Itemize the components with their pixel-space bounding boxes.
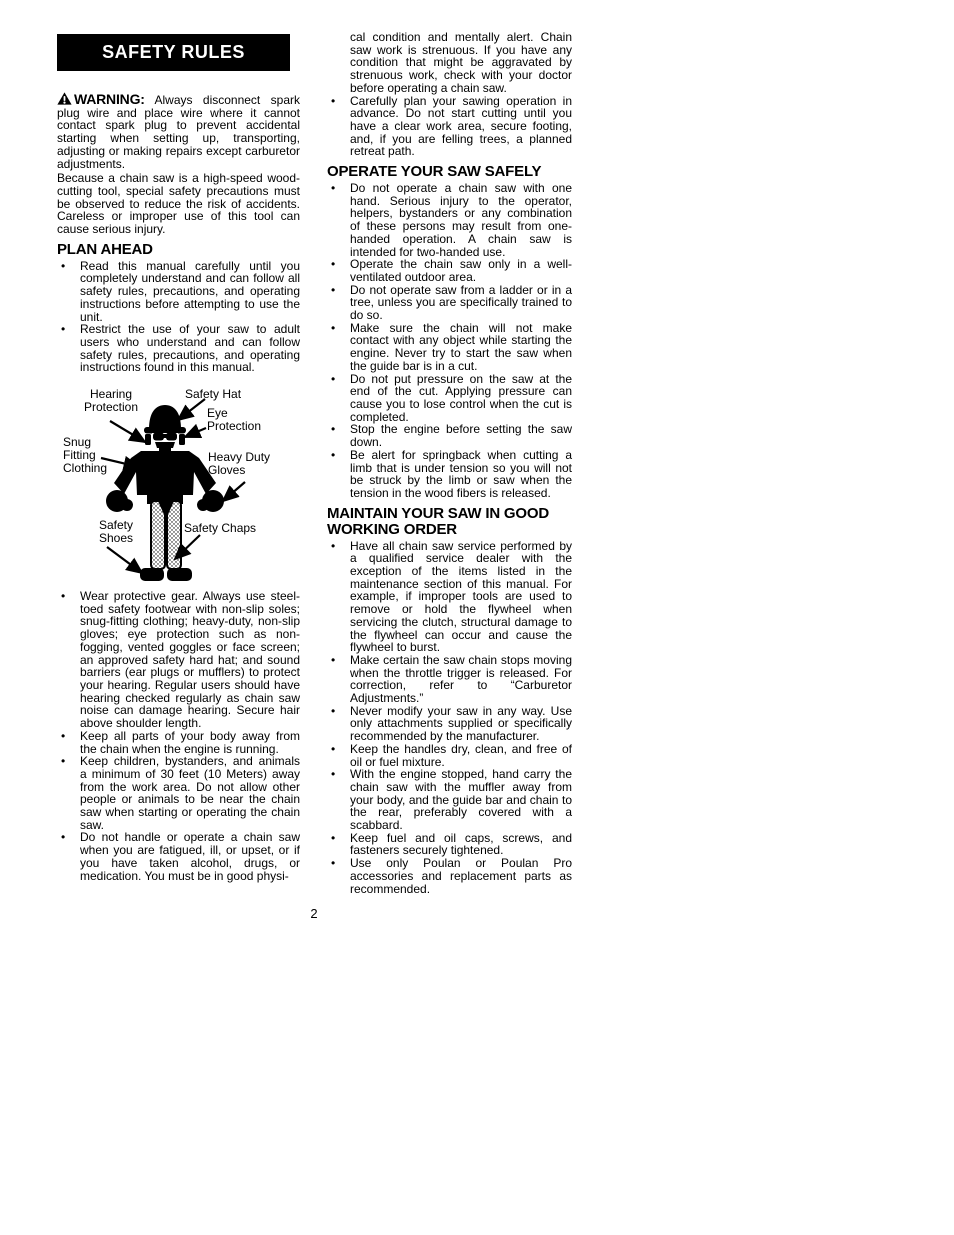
figure-label-safety-chaps: Safety Chaps [184,522,256,535]
intro-paragraph: Because a chain saw is a high-speed wood… [57,172,300,236]
plan-ahead-list: Read this manual carefully until you com… [57,260,300,374]
bullet-item: Wear protective gear. Always use steel-t… [57,590,300,730]
bullet-item: Do not operate a chain saw with one hand… [327,182,572,258]
bullet-item: Do not put pressure on the saw at the en… [327,373,572,424]
safety-gear-figure: Hearing Protection Safety Hat Eye Protec… [57,387,300,587]
operate-list: Do not operate a chain saw with one hand… [327,182,572,500]
bullet-item: Do not handle or operate a chain saw whe… [57,831,300,882]
plan-ahead-right-list: Carefully plan your sawing operation in … [327,95,572,159]
bullet-item: Do not operate saw from a ladder or in a… [327,284,572,322]
figure-label-eye-protection: Eye Protection [207,407,261,433]
bullet-item: Have all chain saw service performed by … [327,540,572,654]
maintain-list: Have all chain saw service performed by … [327,540,572,896]
page-number: 2 [300,906,328,921]
bullet-item: Make certain the saw chain stops moving … [327,654,572,705]
section-heading-operate: OPERATE YOUR SAW SAFELY [327,164,572,180]
warning-label: WARNING: [74,91,145,107]
warning-triangle-icon [57,92,72,105]
bullet-item: Carefully plan your sawing operation in … [327,95,572,159]
bullet-item: Restrict the use of your saw to adult us… [57,323,300,374]
bullet-item: Keep children, bystanders, and animals a… [57,755,300,831]
bullet-item: Use only Poulan or Poulan Pro accessorie… [327,857,572,895]
right-column: cal condition and mentally alert. Chain … [327,31,572,895]
left-column: SAFETY RULES WARNING: Always disconnect … [57,34,300,882]
section-heading-plan-ahead: PLAN AHEAD [57,242,300,258]
section-heading-maintain: MAINTAIN YOUR SAW IN GOOD WORKING ORDER [327,506,572,538]
bullet-item: Keep the handles dry, clean, and free of… [327,743,572,768]
page-title: SAFETY RULES [102,42,245,63]
bullet-item: Make sure the chain will not make contac… [327,322,572,373]
figure-label-safety-hat: Safety Hat [185,388,241,401]
bullet-item: Read this manual carefully until you com… [57,260,300,324]
warning-paragraph: WARNING: Always disconnect spark plug wi… [57,92,300,170]
title-banner: SAFETY RULES [57,34,290,71]
bullet-item: Never modify your saw in any way. Use on… [327,705,572,743]
person-silhouette-illustration [57,387,300,587]
bullet-item: Keep fuel and oil caps, screws, and fast… [327,832,572,857]
figure-label-snug-fitting-clothing: Snug Fitting Clothing [63,436,107,475]
figure-label-heavy-duty-gloves: Heavy Duty Gloves [208,451,270,477]
bullet-item: Keep all parts of your body away from th… [57,730,300,755]
bullet-item: With the engine stopped, hand carry the … [327,768,572,832]
bullet-item: Operate the chain saw only in a well-ven… [327,258,572,283]
figure-label-hearing-protection: Hearing Protection [75,388,147,414]
bullet-item: Stop the engine before setting the saw d… [327,423,572,448]
continuation-paragraph: cal condition and mentally alert. Chain … [327,31,572,95]
bullet-item: Be alert for springback when cutting a l… [327,449,572,500]
plan-ahead-list-continued: Wear protective gear. Always use steel-t… [57,590,300,882]
figure-label-safety-shoes: Safety Shoes [95,519,137,545]
